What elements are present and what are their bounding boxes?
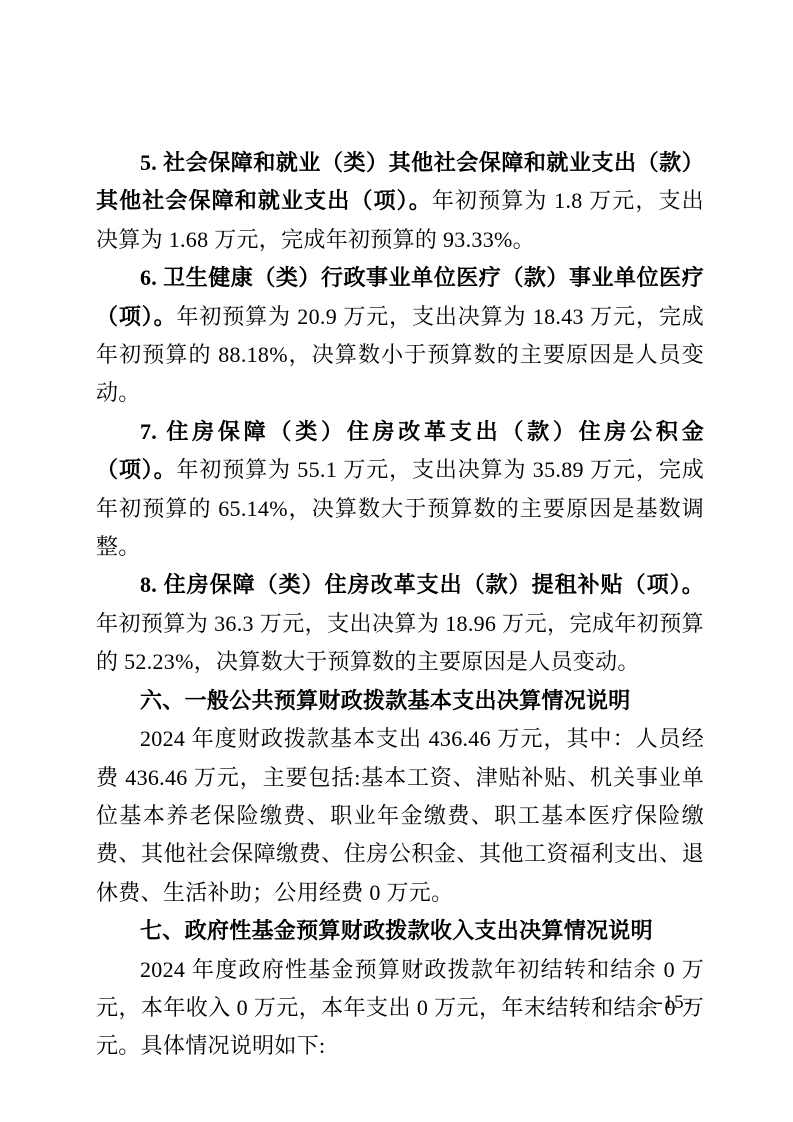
document-page: 5. 社会保障和就业（类）其他社会保障和就业支出（款）其他社会保障和就业支出（项… bbox=[0, 0, 793, 1122]
paragraph-text: 年初预算为 20.9 万元，支出决算为 18.43 万元，完成年初预算的 88.… bbox=[96, 304, 704, 406]
paragraph-text: 年初预算为 55.1 万元，支出决算为 35.89 万元，完成年初预算的 65.… bbox=[96, 457, 704, 559]
section-heading: 六、一般公共预算财政拨款基本支出决算情况说明 bbox=[96, 682, 704, 720]
document-body: 5. 社会保障和就业（类）其他社会保障和就业支出（款）其他社会保障和就业支出（项… bbox=[96, 144, 704, 1066]
body-paragraph: 2024 年度政府性基金预算财政拨款年初结转和结余 0 万元，本年收入 0 万元… bbox=[96, 951, 704, 1066]
section-heading: 七、政府性基金预算财政拨款收入支出决算情况说明 bbox=[96, 912, 704, 950]
page-number: -15- bbox=[656, 992, 692, 1014]
numbered-paragraph: 7. 住房保障（类）住房改革支出（款）住房公积金（项）。年初预算为 55.1 万… bbox=[96, 413, 704, 567]
paragraph-text: 年初预算为 36.3 万元，支出决算为 18.96 万元，完成年初预算的 52.… bbox=[96, 611, 704, 674]
numbered-paragraph: 6. 卫生健康（类）行政事业单位医疗（款）事业单位医疗（项）。年初预算为 20.… bbox=[96, 259, 704, 413]
body-paragraph: 2024 年度财政拨款基本支出 436.46 万元，其中：人员经费 436.46… bbox=[96, 720, 704, 912]
paragraph-text: 2024 年度政府性基金预算财政拨款年初结转和结余 0 万元，本年收入 0 万元… bbox=[96, 957, 704, 1059]
paragraph-lead-bold: 8. 住房保障（类）住房改革支出（款）提租补贴（项）。 bbox=[140, 572, 704, 597]
paragraph-text: 2024 年度财政拨款基本支出 436.46 万元，其中：人员经费 436.46… bbox=[96, 726, 704, 905]
numbered-paragraph: 8. 住房保障（类）住房改革支出（款）提租补贴（项）。年初预算为 36.3 万元… bbox=[96, 566, 704, 681]
numbered-paragraph: 5. 社会保障和就业（类）其他社会保障和就业支出（款）其他社会保障和就业支出（项… bbox=[96, 144, 704, 259]
